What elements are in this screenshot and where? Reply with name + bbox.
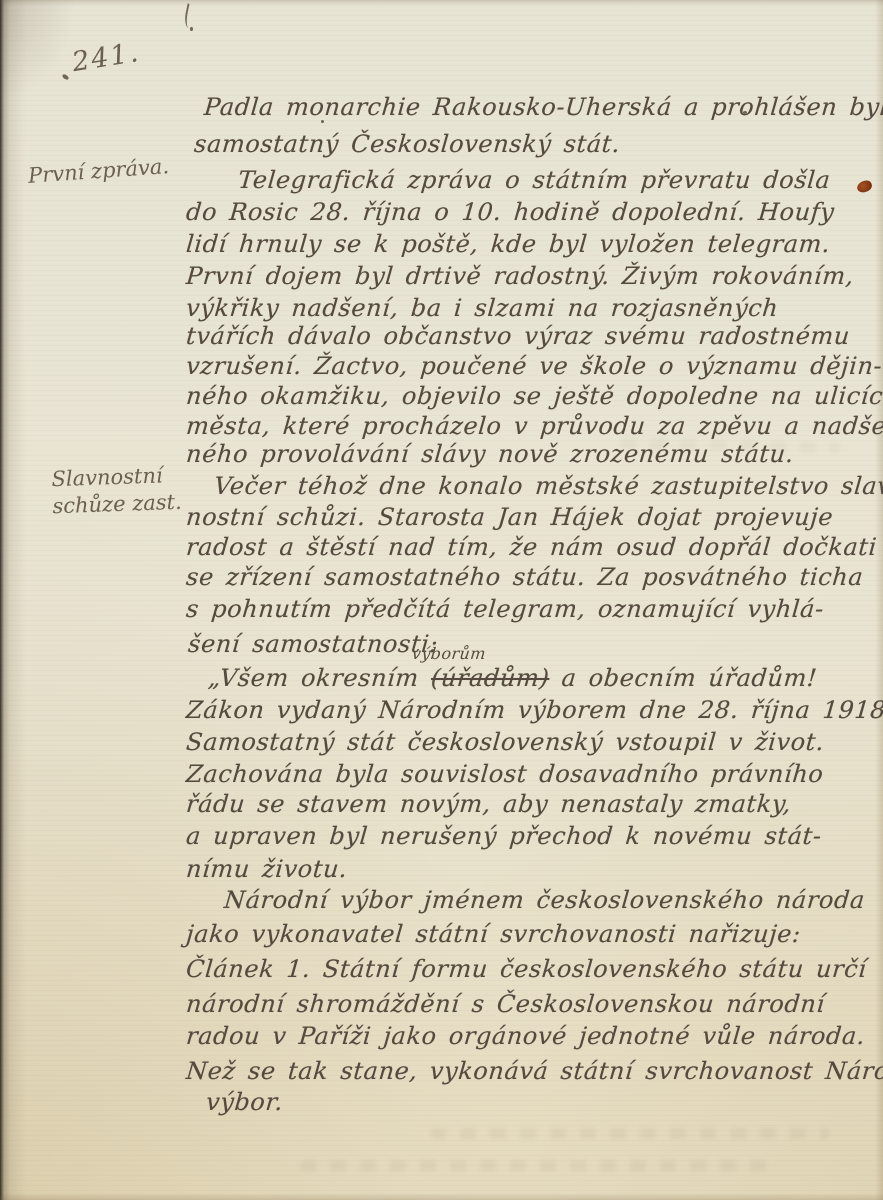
margin-note-first-report: První zpráva.: [27, 153, 170, 190]
manuscript-line: vzrušení. Žactvo, poučené ve škole o výz…: [185, 352, 883, 380]
manuscript-line: ného provolávání slávy nově zrozenému st…: [185, 440, 795, 468]
manuscript-line: s pohnutím předčítá telegram, oznamující…: [185, 595, 825, 623]
struck-word: (úřadům): [430, 664, 551, 692]
ink-scratch-mark: [183, 3, 197, 28]
manuscript-line: Zákon vydaný Národním výborem dne 28. ří…: [185, 696, 883, 724]
manuscript-line: První dojem byl drtivě radostný. Živým r…: [185, 262, 855, 290]
manuscript-line: tvářích dávalo občanstvo výraz svému rad…: [185, 322, 851, 350]
manuscript-line: Samostatný stát československý vstoupil …: [185, 728, 826, 756]
manuscript-line: nostní schůzi. Starosta Jan Hájek dojat …: [185, 503, 834, 531]
manuscript-line-with-correction: „Všem okresním (úřadům) a obecním úřadům…: [185, 664, 818, 692]
manuscript-line: Večer téhož dne konalo městské zastupite…: [185, 472, 883, 500]
manuscript-line: Národní výbor jménem československého ná…: [185, 886, 866, 914]
interlinear-insertion: výborům: [411, 644, 487, 663]
page-number: 241.: [70, 37, 142, 78]
manuscript-line: šení samostatnosti:: [185, 630, 440, 658]
manuscript-line: lidí hrnuly se k poště, kde byl vyložen …: [185, 230, 832, 258]
manuscript-line: města, které procházelo v průvodu za zpě…: [185, 412, 883, 440]
manuscript-line: a upraven byl nerušený přechod k novému …: [185, 822, 823, 850]
manuscript-line: Než se tak stane, vykonává státní svrcho…: [185, 1057, 883, 1085]
manuscript-line: nímu životu.: [185, 855, 349, 883]
line-text: a obecním úřadům!: [548, 664, 818, 692]
verso-show-through: [430, 1128, 830, 1139]
manuscript-line: radou v Paříži jako orgánové jednotné vů…: [185, 1022, 866, 1050]
manuscript-line: výkřiky nadšení, ba i slzami na rozjasně…: [185, 294, 780, 322]
page-edge-right: [875, 0, 883, 1200]
manuscript-line: Zachována byla souvislost dosavadního pr…: [185, 760, 825, 788]
manuscript-line: do Rosic 28. října o 10. hodině dopoledn…: [185, 198, 836, 226]
manuscript-line: Telegrafická zpráva o státním převratu d…: [185, 166, 832, 194]
page-edge-top: [0, 0, 883, 6]
binding-shadow-left: [0, 0, 26, 1200]
manuscript-line: řádu se stavem novým, aby nenastaly zmat…: [185, 790, 792, 818]
verso-show-through: [300, 1160, 780, 1171]
margin-note-line: schůze zast.: [52, 490, 182, 518]
line-text: „Všem okresním: [207, 664, 432, 692]
manuscript-line: se zřízení samostatného státu. Za posvát…: [185, 563, 865, 591]
manuscript-line: výbor.: [185, 1088, 284, 1116]
manuscript-line: ného okamžiku, objevilo se ještě dopoled…: [185, 382, 883, 410]
manuscript-line: Padla monarchie Rakousko-Uherská a prohl…: [185, 93, 883, 121]
manuscript-line: jako vykonavatel státní svrchovanosti na…: [185, 920, 802, 948]
margin-note-ceremonial-meeting: Slavnostní schůze zast.: [51, 462, 182, 520]
page-edge-bottom: [0, 1193, 883, 1200]
manuscript-page: 241. První zpráva. Slavnostní schůze zas…: [0, 0, 883, 1200]
margin-note-line: Slavnostní: [51, 463, 163, 491]
manuscript-line: samostatný Československý stát.: [185, 130, 622, 158]
ink-speck: [190, 27, 193, 31]
manuscript-line: národní shromáždění s Československou ná…: [185, 990, 826, 1018]
manuscript-line: Článek 1. Státní formu československého …: [185, 955, 868, 983]
ink-stain: [856, 179, 874, 194]
manuscript-line: radost a štěstí nad tím, že nám osud dop…: [185, 533, 878, 561]
ink-speck: [61, 73, 69, 80]
